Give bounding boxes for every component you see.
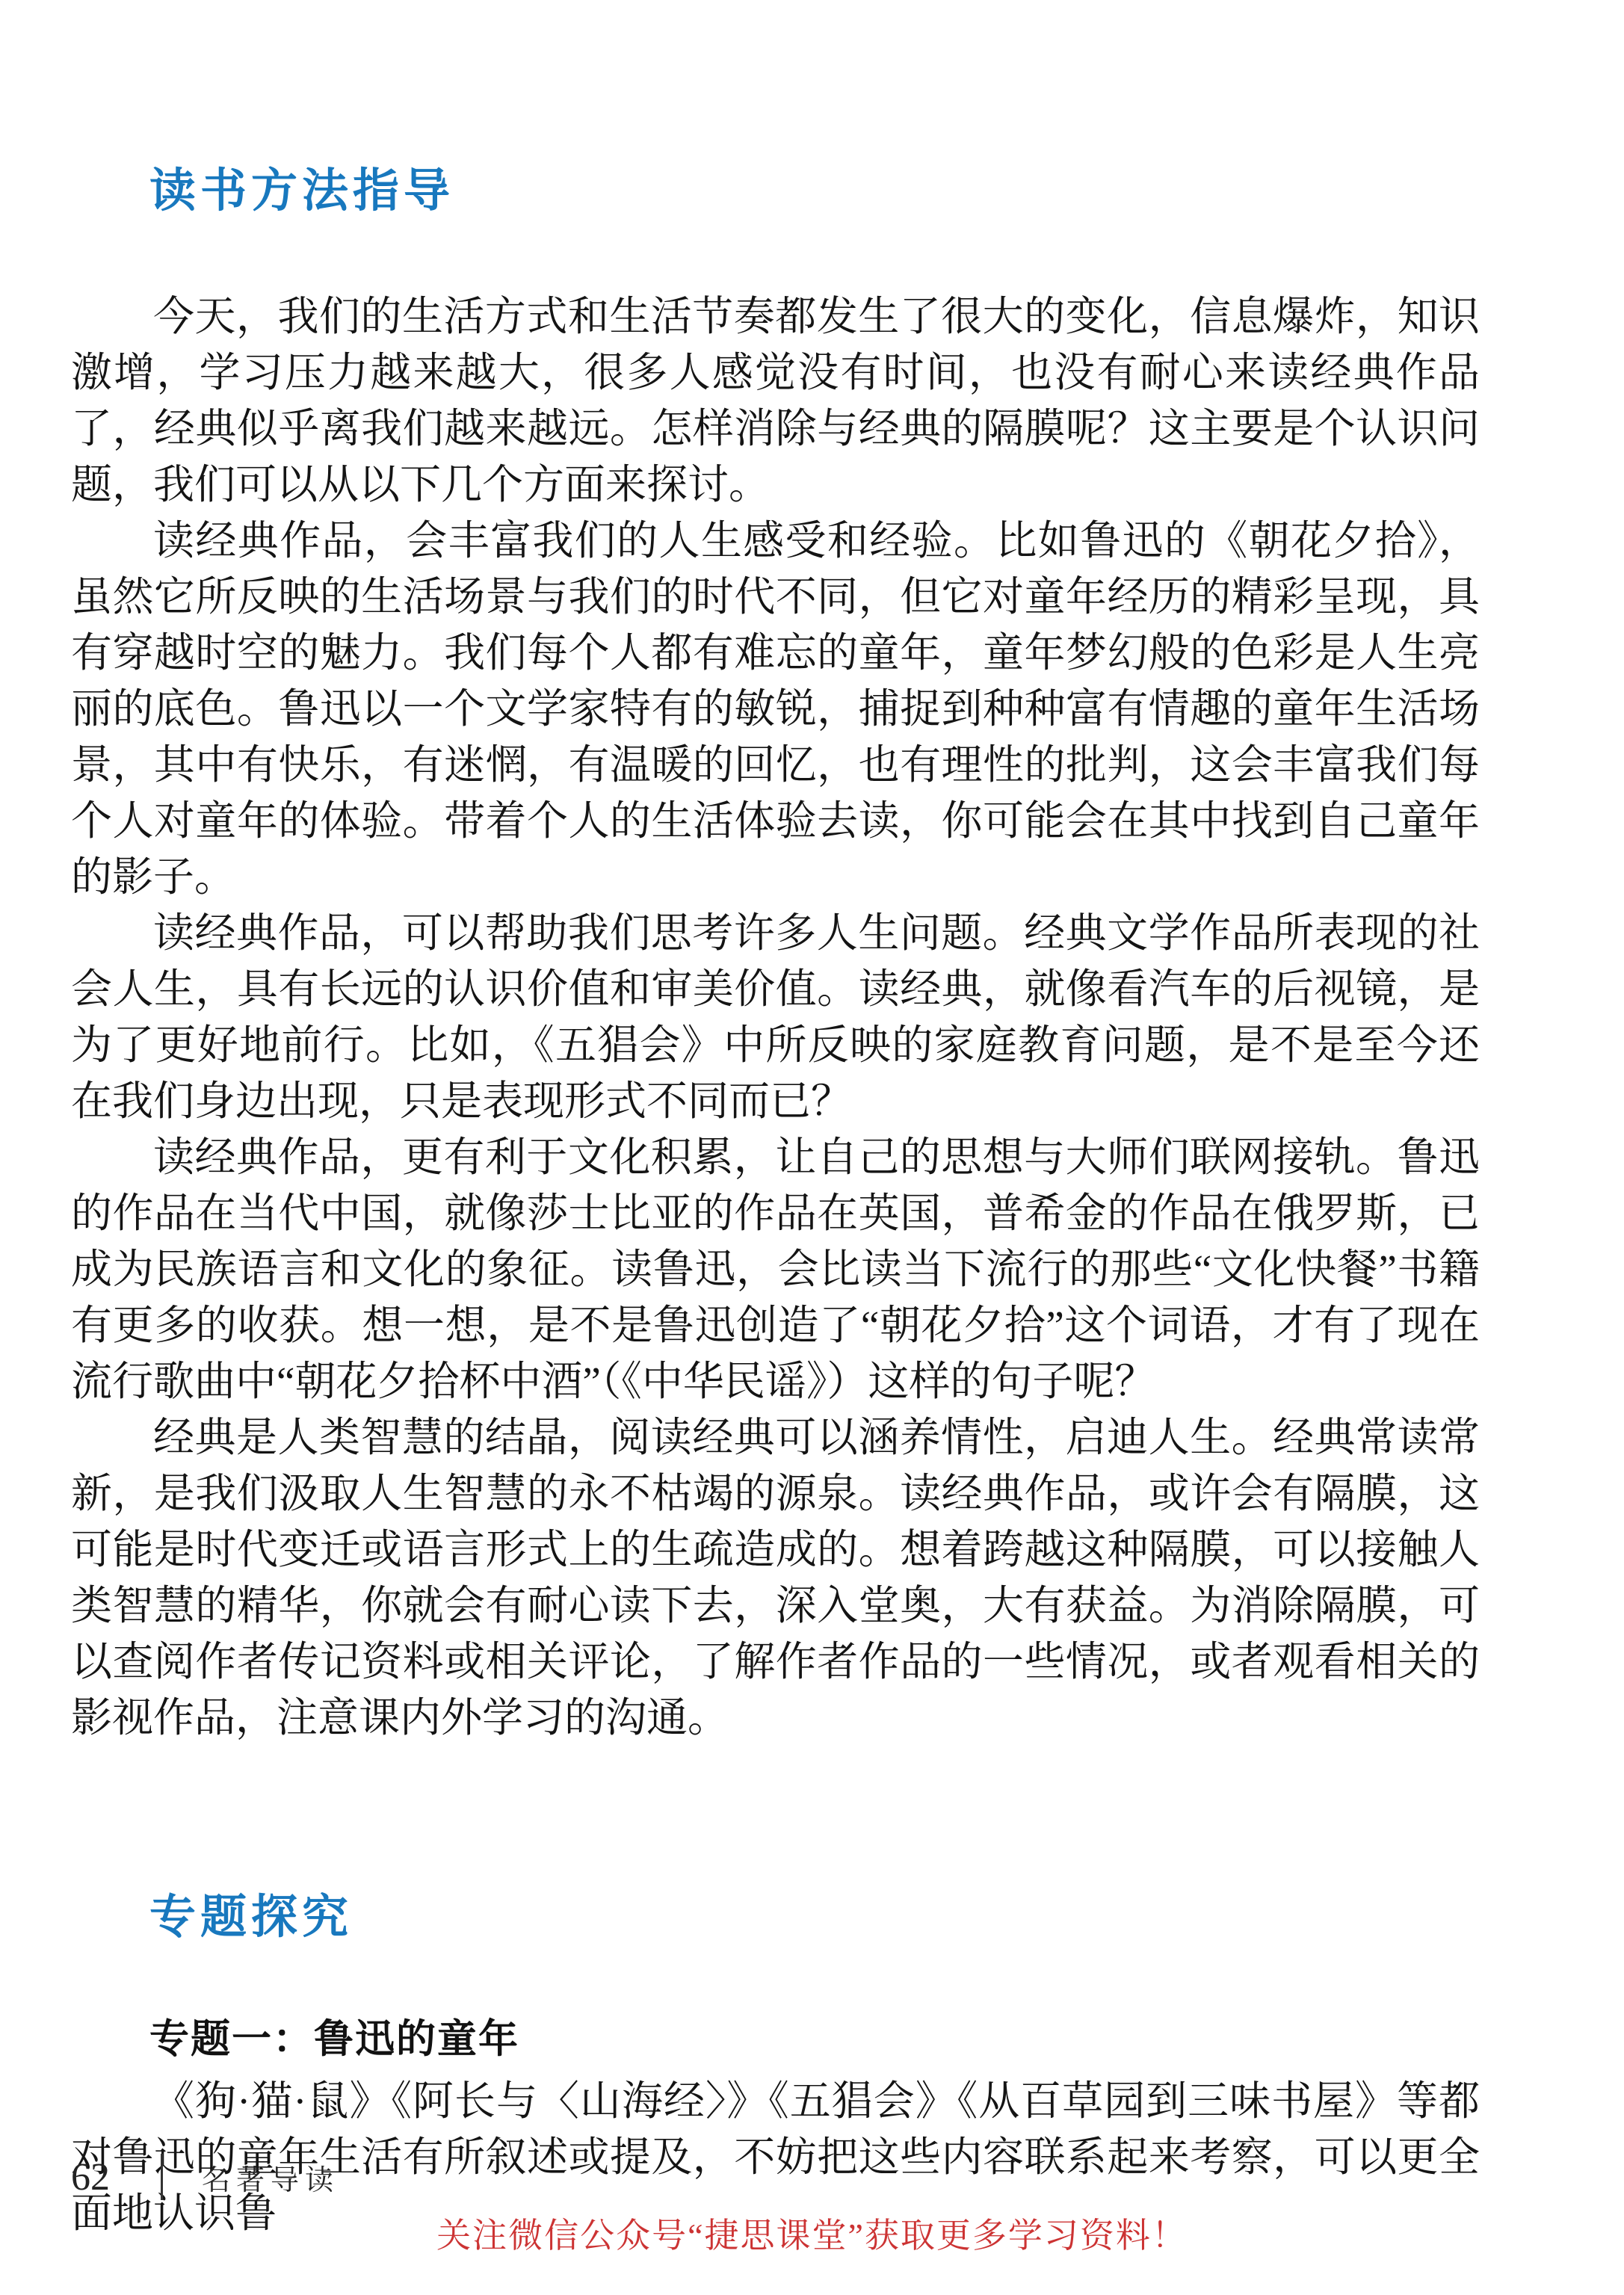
- reading-method-section: 读书方法指导 今天，我们的生活方式和生活节奏都发生了很大的变化，信息爆炸，知识激…: [71, 0, 1480, 1746]
- page-number: 62: [71, 2155, 110, 2199]
- section-heading-reading-method: 读书方法指导: [149, 0, 1480, 217]
- topic-one-title: 专题一：鲁迅的童年: [149, 2007, 1480, 2064]
- paragraph-life-experience: 读经典作品，会丰富我们的人生感受和经验。比如鲁迅的《朝花夕拾》，虽然它所反映的生…: [71, 513, 1480, 905]
- paragraph-classics-wisdom: 经典是人类智慧的结晶，阅读经典可以涵养情性，启迪人生。经典常读常新，是我们汲取人…: [71, 1409, 1480, 1746]
- paragraph-life-questions: 读经典作品，可以帮助我们思考许多人生问题。经典文学作品所表现的社会人生，具有长远…: [71, 905, 1480, 1129]
- paragraph-cultural-accumulation: 读经典作品，更有利于文化积累，让自己的思想与大师们联网接轨。鲁迅的作品在当代中国…: [71, 1129, 1480, 1409]
- wechat-promo-text: 关注微信公众号“捷思课堂”获取更多学习资料！: [0, 2208, 1624, 2258]
- book-section-label: 名著导读: [202, 2157, 339, 2198]
- page-footer: 62 名著导读: [71, 2154, 339, 2200]
- section-heading-topic-exploration: 专题探究: [149, 1746, 1480, 1943]
- footer-divider: [161, 2154, 163, 2200]
- textbook-page: 读书方法指导 今天，我们的生活方式和生活节奏都发生了很大的变化，信息爆炸，知识激…: [0, 0, 1624, 2295]
- paragraph-intro: 今天，我们的生活方式和生活节奏都发生了很大的变化，信息爆炸，知识激增，学习压力越…: [71, 288, 1480, 513]
